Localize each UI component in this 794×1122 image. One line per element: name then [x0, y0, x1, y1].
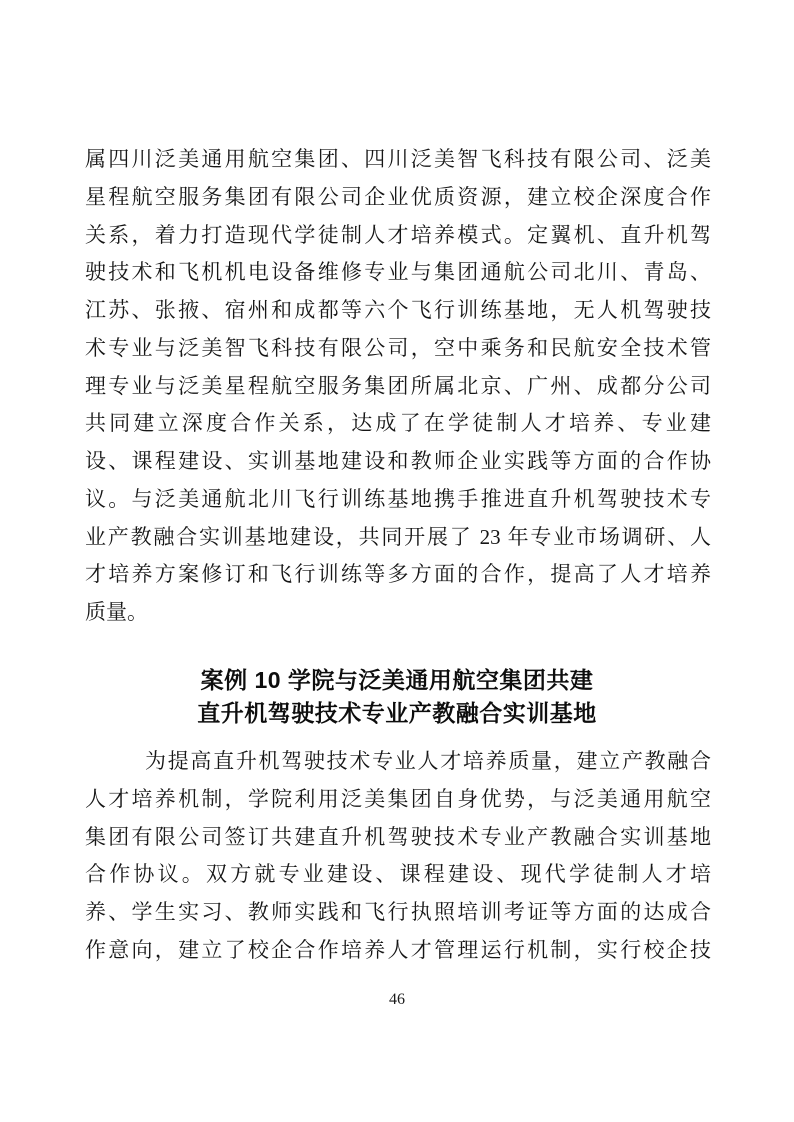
body-line: 属四川泛美通用航空集团、四川泛美智飞科技有限公司、泛美	[85, 141, 711, 179]
body-line: 共同建立深度合作关系，达成了在学徒制人才培养、专业建	[85, 405, 711, 443]
paragraph-1: 属四川泛美通用航空集团、四川泛美智飞科技有限公司、泛美 星程航空服务集团有限公司…	[85, 141, 711, 632]
case-heading-line-2: 直升机驾驶技术专业产教融合实训基地	[0, 697, 794, 730]
body-line: 江苏、张掖、宿州和成都等六个飞行训练基地，无人机驾驶技	[85, 292, 711, 330]
paragraph-2: 为提高直升机驾驶技术专业人才培养质量，建立产教融合 人才培养机制，学院利用泛美集…	[85, 743, 711, 970]
body-line: 理专业与泛美星程航空服务集团所属北京、广州、成都分公司	[85, 368, 711, 406]
page-number: 46	[0, 989, 794, 1011]
body-line: 业产教融合实训基地建设，共同开展了 23 年专业市场调研、人	[85, 519, 711, 557]
body-line: 术专业与泛美智飞科技有限公司，空中乘务和民航安全技术管	[85, 330, 711, 368]
body-line: 人才培养机制，学院利用泛美集团自身优势，与泛美通用航空	[85, 781, 711, 819]
body-line: 关系，着力打造现代学徒制人才培养模式。定翼机、直升机驾	[85, 217, 711, 255]
body-line: 合作协议。双方就专业建设、课程建设、现代学徒制人才培	[85, 856, 711, 894]
body-line: 才培养方案修订和飞行训练等多方面的合作，提高了人才培养	[85, 556, 711, 594]
body-line: 集团有限公司签订共建直升机驾驶技术专业产教融合实训基地	[85, 819, 711, 857]
body-line: 星程航空服务集团有限公司企业优质资源，建立校企深度合作	[85, 179, 711, 217]
body-line: 为提高直升机驾驶技术专业人才培养质量，建立产教融合	[85, 743, 711, 781]
body-line: 作意向，建立了校企合作培养人才管理运行机制，实行校企技	[85, 932, 711, 970]
body-line: 养、学生实习、教师实践和飞行执照培训考证等方面的达成合	[85, 894, 711, 932]
body-line: 质量。	[85, 594, 711, 632]
body-line: 议。与泛美通航北川飞行训练基地携手推进直升机驾驶技术专	[85, 481, 711, 519]
case-heading-line-1: 案例 10 学院与泛美通用航空集团共建	[0, 664, 794, 697]
body-line: 驶技术和飞机机电设备维修专业与集团通航公司北川、青岛、	[85, 254, 711, 292]
body-line: 设、课程建设、实训基地建设和教师企业实践等方面的合作协	[85, 443, 711, 481]
document-page: 属四川泛美通用航空集团、四川泛美智飞科技有限公司、泛美 星程航空服务集团有限公司…	[0, 0, 794, 1122]
case-heading: 案例 10 学院与泛美通用航空集团共建 直升机驾驶技术专业产教融合实训基地	[0, 664, 794, 730]
